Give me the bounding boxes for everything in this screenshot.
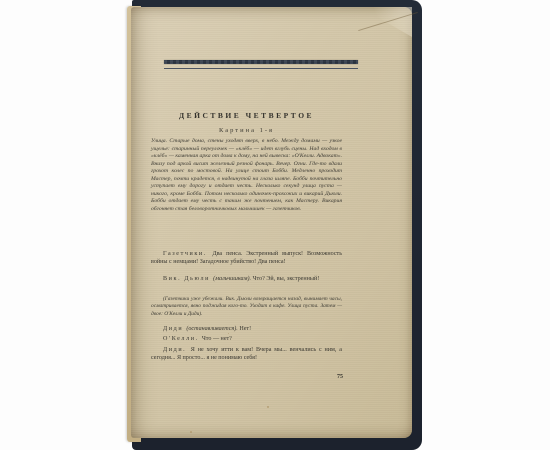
speaker-name: Диди. bbox=[163, 347, 191, 353]
stage-note-inline: (останавливается). bbox=[186, 326, 239, 332]
scene-title: Картина 1-я bbox=[151, 127, 342, 134]
paper-spot bbox=[190, 431, 192, 433]
speaker-name: Вик. Дьюли bbox=[163, 276, 213, 282]
dialogue-text: Нет! bbox=[239, 326, 251, 332]
stage-note-inline: (мальчишкам). bbox=[213, 276, 252, 282]
dialogue-line: Диди. Я не хочу итти к вам! Вчера мы... … bbox=[151, 347, 342, 363]
dialogue-text: Что? Эй, вы, экстренный! bbox=[253, 276, 320, 282]
opening-stage-direction: Улица. Старые дома, стены уходят вверх, … bbox=[151, 138, 342, 213]
dialogue-line: Вик. Дьюли (мальчишкам). Что? Эй, вы, эк… bbox=[151, 276, 342, 284]
paper-spot bbox=[228, 333, 229, 334]
speaker-name: Газетчики. bbox=[163, 251, 212, 257]
header-ornament-rule bbox=[164, 60, 358, 64]
dialogue-line: Диди (останавливается). Нет! bbox=[151, 326, 342, 334]
page-corner-fold bbox=[360, 7, 412, 37]
dialogue-text: Что — нет? bbox=[202, 336, 232, 342]
dialogue-line: О'Келли. Что — нет? bbox=[151, 336, 342, 344]
header-thin-rule bbox=[164, 68, 358, 69]
page-number: 75 bbox=[330, 374, 350, 380]
paper-spot bbox=[267, 406, 269, 408]
stage-note: (Газетчики уже убежали. Вик. Дьюли возвр… bbox=[151, 296, 342, 318]
dialogue-line: Газетчики. Два пенса. Экстренный выпуск!… bbox=[151, 251, 342, 267]
speaker-name: О'Келли. bbox=[163, 336, 202, 342]
act-title: ДЕЙСТВИЕ ЧЕТВЕРТОЕ bbox=[151, 111, 342, 120]
book-page: ДЕЙСТВИЕ ЧЕТВЕРТОЕ Картина 1-я Улица. Ст… bbox=[131, 7, 412, 438]
speaker-name: Диди bbox=[163, 326, 186, 332]
